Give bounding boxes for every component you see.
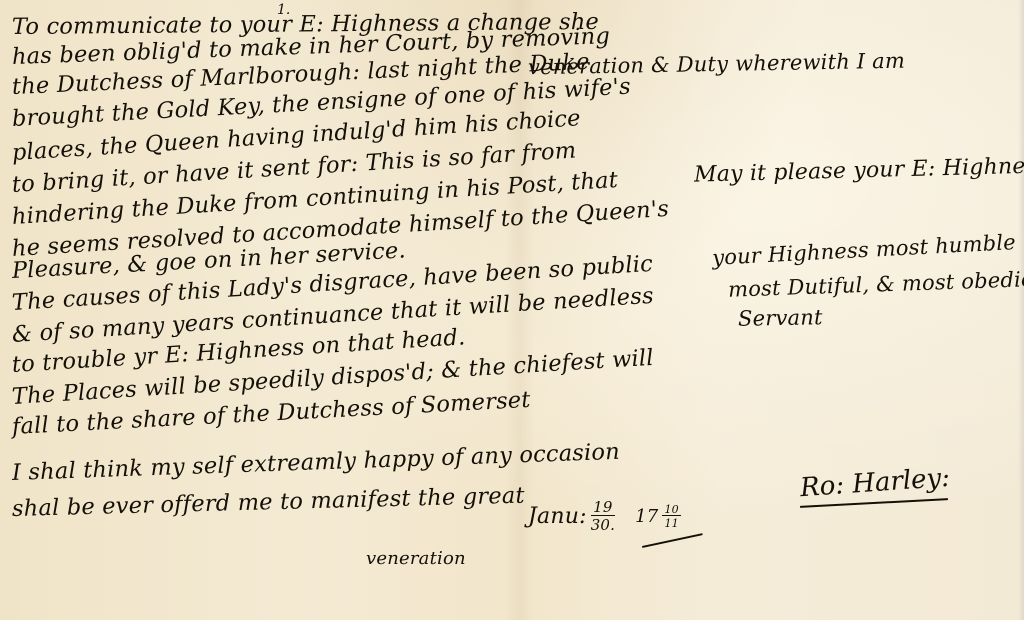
day-old-style: 19 bbox=[591, 500, 615, 516]
closing-line: Servant bbox=[738, 305, 823, 330]
paper-edge bbox=[1018, 0, 1024, 620]
continuation-line: veneration & Duty wherewith I am bbox=[528, 49, 905, 80]
date-year-fraction: 10 11 bbox=[662, 504, 680, 529]
letter-date: Janu: 19 30. 17 10 11 bbox=[528, 500, 681, 533]
closing-line: your Highness most humble bbox=[712, 230, 1017, 270]
letter-line: shal be ever offerd me to manifest the g… bbox=[12, 483, 525, 522]
date-underline bbox=[642, 533, 703, 548]
year-new-style: 11 bbox=[662, 516, 680, 529]
catchword: veneration bbox=[366, 548, 466, 569]
closing-line: most Dutiful, & most obedient bbox=[728, 266, 1024, 301]
signature: Ro: Harley: bbox=[799, 463, 951, 503]
year-prefix: 17 bbox=[635, 506, 658, 527]
salutation: May it please your E: Highness bbox=[694, 153, 1024, 187]
date-day-fraction: 19 30. bbox=[591, 500, 615, 533]
letter-sheet: 1. To communicate to your E: Highness a … bbox=[0, 0, 1024, 620]
year-old-style: 10 bbox=[662, 504, 680, 516]
date-month: Janu: bbox=[528, 504, 587, 529]
day-new-style: 30. bbox=[591, 516, 615, 533]
